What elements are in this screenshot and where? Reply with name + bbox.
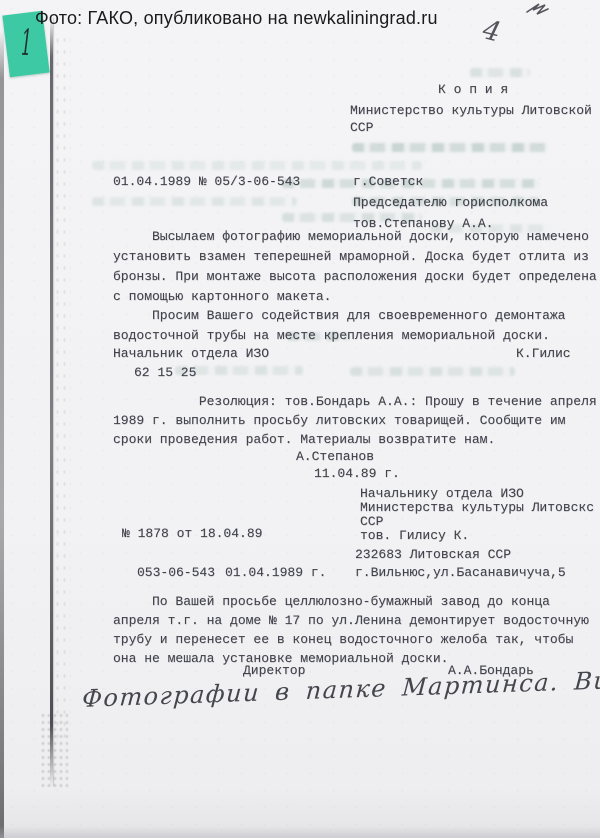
body-paragraph-2: Просим Вашего содействия для своевременн… (113, 306, 565, 346)
reply-body-paragraph: По Вашей просьбе целлюлозно-бумажный зав… (113, 592, 589, 668)
copy-label: К о п и я (438, 80, 508, 100)
signer1-name: К.Гилис (516, 344, 571, 364)
ministry-org-line2: ССР (350, 118, 373, 138)
reply-addressee-block: Начальнику отдела ИЗО Министерства культ… (360, 487, 594, 543)
page-fold-line (50, 18, 53, 786)
reply-ref2: 053-06-543 (137, 563, 215, 583)
handwritten-note: Фотографии в папке Мартинса. Видукас. (81, 667, 588, 713)
bleed-through-line (352, 143, 548, 152)
ref-number-date: 01.04.1989 № 05/3-06-543 (113, 172, 300, 192)
reply-ref2-date: 01.04.1989 г. (225, 563, 326, 583)
handwritten-digit: 1 (20, 26, 32, 62)
reply-address-block: 232683 Литовская ССР г.Вильнюс,ул.Басана… (355, 546, 566, 582)
photo-left-edge-shadow (0, 30, 4, 838)
signer1-title: Начальник отдела ИЗО (113, 344, 269, 364)
phone-number: 62 15 25 (134, 363, 196, 383)
body-paragraph-1: Высылаем фотографию мемориальной доски, … (113, 227, 597, 307)
bleed-through-line (350, 367, 515, 376)
fold-speckle-noise (54, 34, 71, 744)
resolution-paragraph: Резолюция: тов.Бондарь А.А.: Прошу в теч… (113, 392, 597, 449)
fold-speckle-noise-bottom (40, 712, 68, 790)
photo-bottom-edge-shadow (0, 826, 600, 838)
ministry-org-line1: Министерство культуры Литовской (350, 101, 592, 121)
city-name: г.Советск (353, 172, 423, 192)
watermark-caption: Фото: ГАКО, опубликовано на newkaliningr… (35, 8, 438, 29)
bleed-through-line (92, 161, 422, 170)
reply-ref-number: № 1878 от 18.04.89 (122, 524, 262, 544)
bleed-through-line (470, 68, 530, 77)
addressee-title: Председателю горисполкома (353, 193, 548, 213)
bleed-through-line (92, 197, 297, 206)
pen-scribble-mark (525, 2, 551, 18)
scanned-document-photo: 1 Фото: ГАКО, опубликовано на newkalinin… (0, 0, 600, 838)
handwritten-page-number: 4 (480, 14, 504, 48)
resolution-date: 11.04.89 г. (314, 464, 400, 484)
